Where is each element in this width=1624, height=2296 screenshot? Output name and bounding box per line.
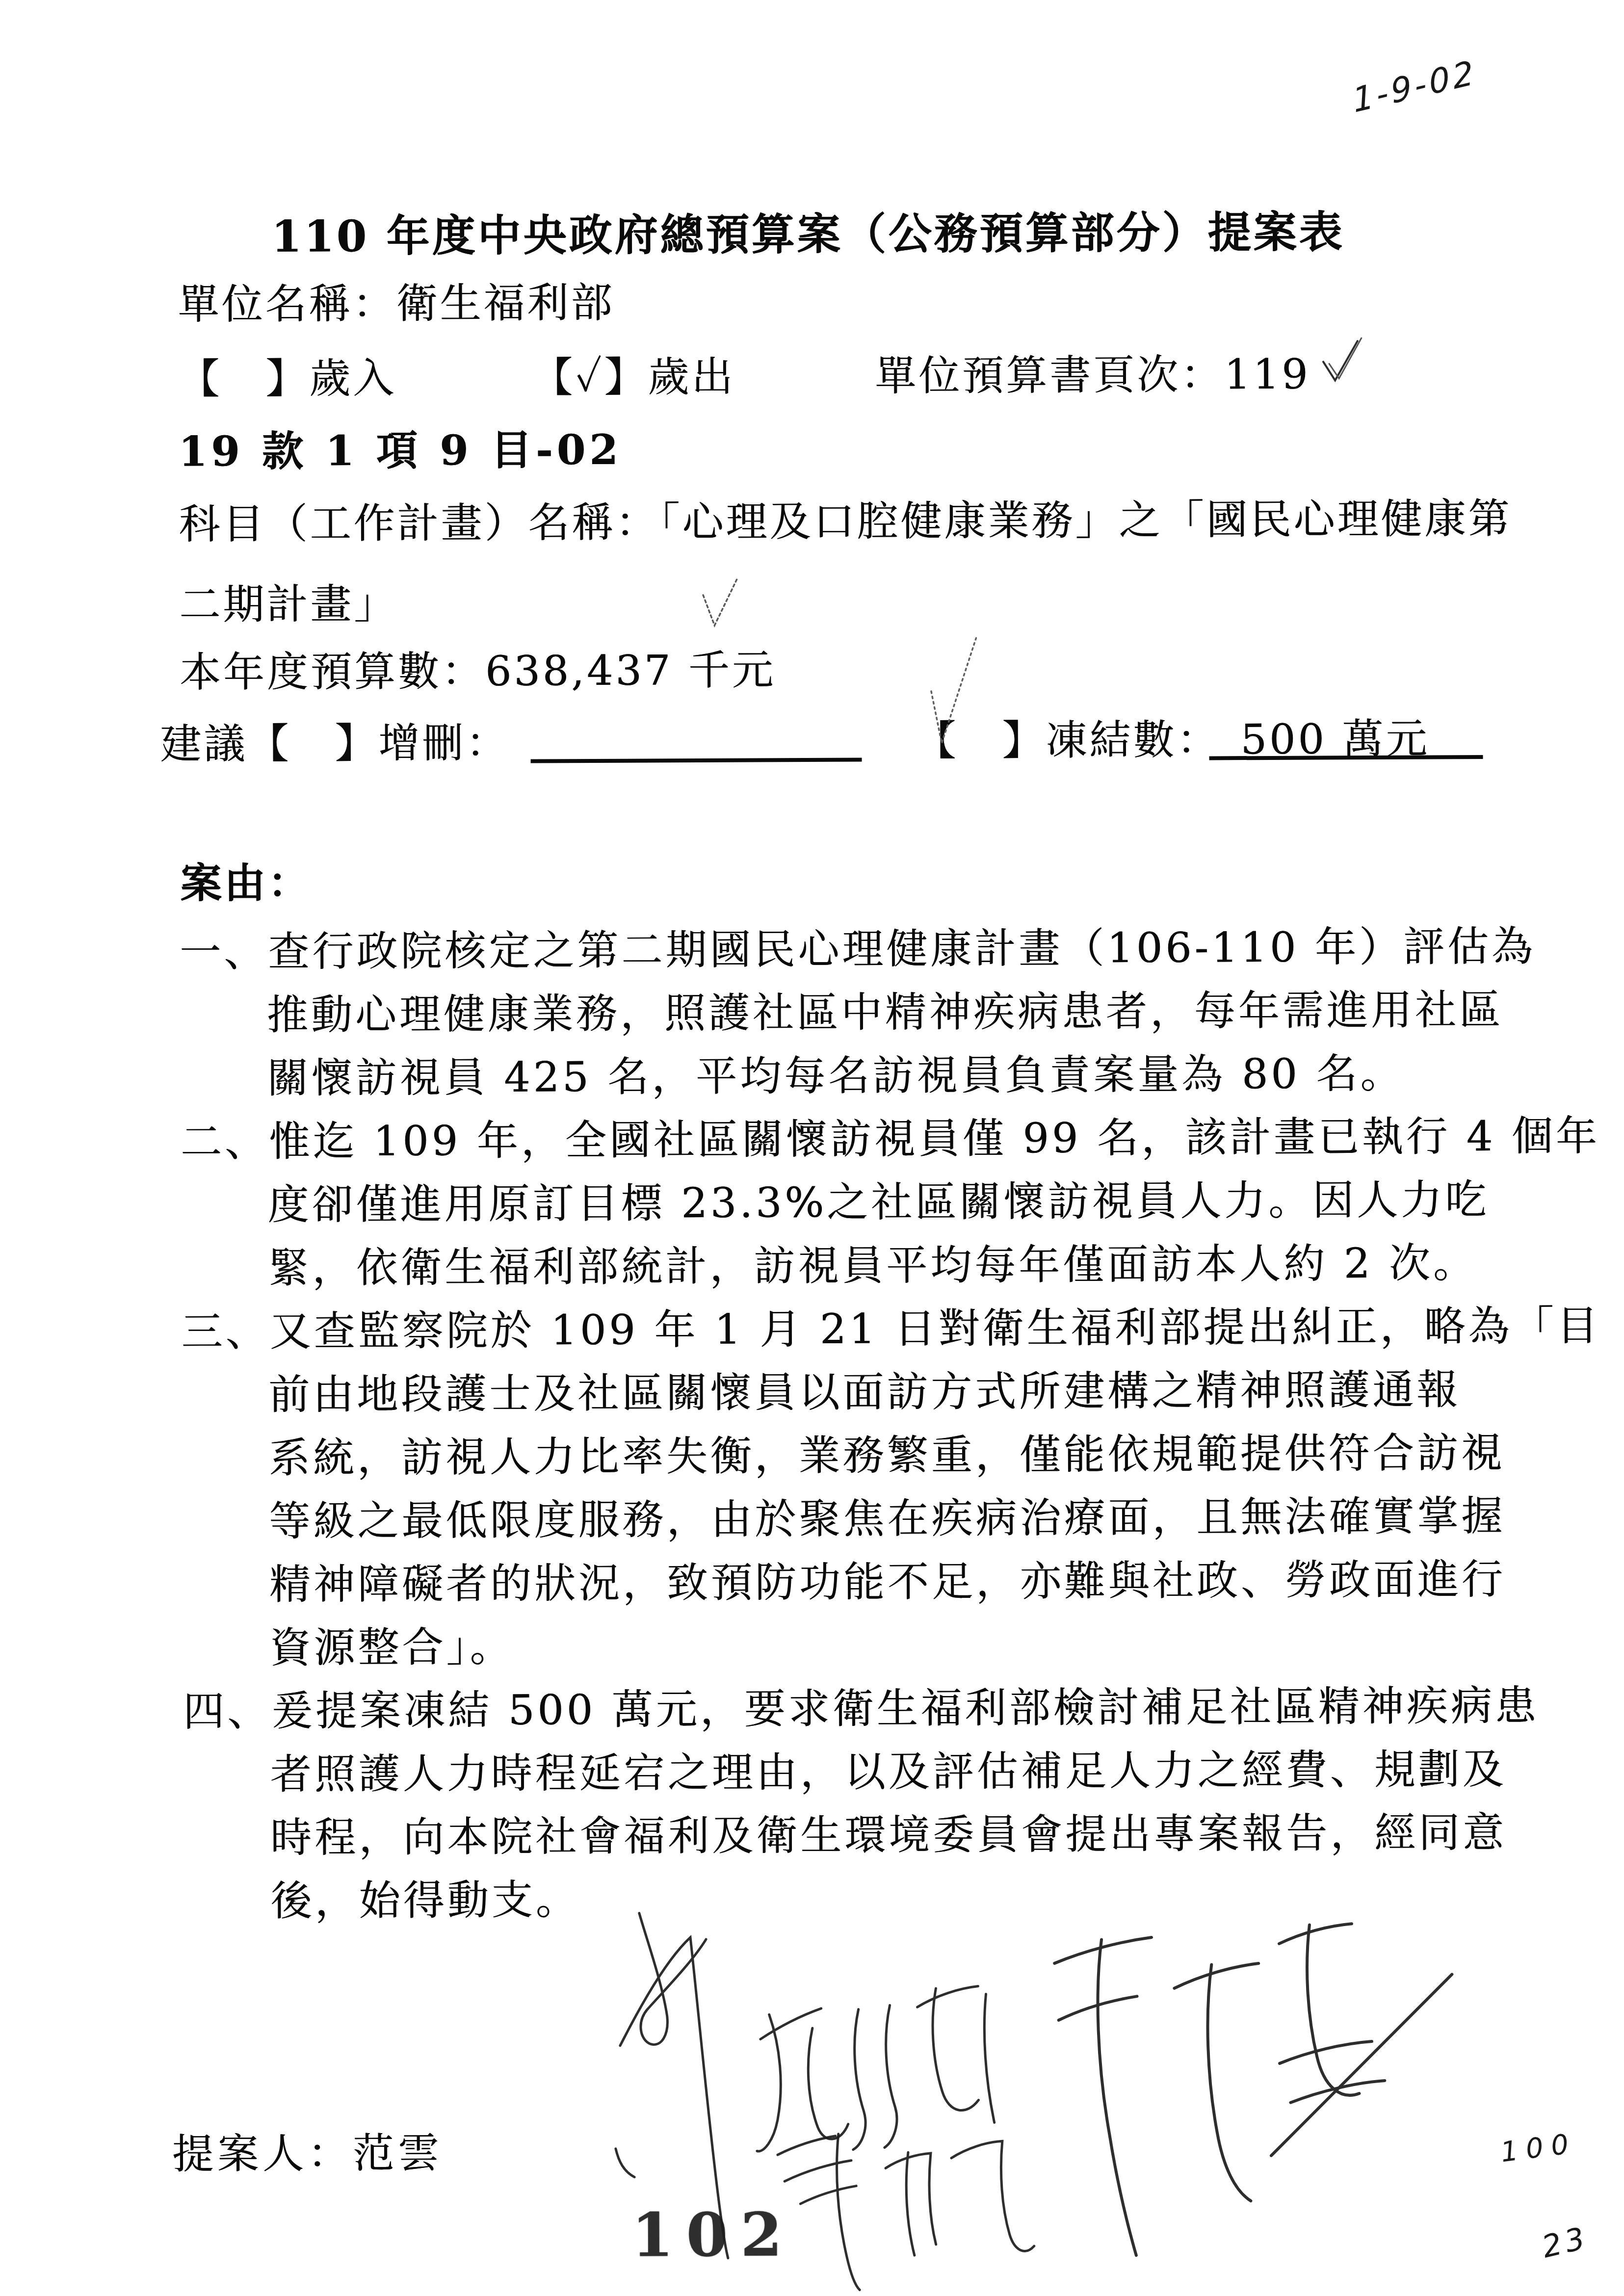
scan-content: 1-9-02 110 年度中央政府總預算案（公務預算部分）提案表 單位名稱：衛生… — [0, 0, 1624, 2296]
current-year-budget-line: 本年度預算數：638,437 千元 — [179, 637, 776, 699]
handwritten-note-23: 23 — [1539, 2219, 1592, 2265]
case-item-line: 等級之最低限度服務，由於聚焦在疾病治療面，且無法確實掌握 — [269, 1483, 1506, 1548]
proposer-line: 提案人：范雲 — [172, 2120, 444, 2180]
case-item-line: 緊，依衛生福利部統計，訪視員平均每年僅面訪本人約 2 次。 — [268, 1230, 1477, 1295]
handwritten-check-budget-icon — [703, 579, 737, 626]
handwritten-code-top-right: 1-9-02 — [1351, 53, 1479, 121]
item-text: 惟迄 109 年，全國社區關懷訪視員僅 99 名，該計畫已執行 4 個年 — [269, 1112, 1600, 1166]
case-item-line: 三、又查監察院於 109 年 1 月 21 日對衛生福利部提出糾正，略為「目 — [181, 1293, 1600, 1358]
item-number: 三、 — [181, 1307, 269, 1356]
item-number: 四、 — [183, 1687, 271, 1736]
revenue-checkbox: 【 】歲入 — [178, 345, 397, 406]
page-number: 102 — [631, 2199, 795, 2270]
signature-3-image — [778, 2133, 1034, 2290]
case-item-line: 精神障礙者的狀況，致預防功能不足，亦難與社政、勞政面進行 — [269, 1546, 1506, 1611]
signature-2-image — [756, 1986, 994, 2151]
case-item-line: 時程，向本院社會福利及衛生環境委員會提出專案報告，經同意 — [270, 1800, 1507, 1864]
budget-code-line: 19 款 1 項 9 目-02 — [179, 417, 622, 478]
handwritten-check-page-ref-icon — [1323, 338, 1362, 380]
case-item-line: 者照護人力時程延宕之理由，以及評估補足人力之經費、規劃及 — [270, 1736, 1507, 1801]
case-item-line: 系統，訪視人力比率失衡，業務繁重，僅能依規範提供符合訪視 — [268, 1420, 1505, 1485]
case-item-line: 一、查行政院核定之第二期國民心理健康計畫（106-110 年）評估為 — [180, 913, 1536, 979]
case-item-line: 前由地段護士及社區關懷員以面訪方式所建構之精神照護通報 — [268, 1357, 1461, 1421]
case-item-line: 二、惟迄 109 年，全國社區關懷訪視員僅 99 名，該計畫已執行 4 個年 — [181, 1103, 1600, 1169]
budget-book-page-ref: 單位預算書頁次：119 — [875, 341, 1310, 403]
subject-line-2: 二期計畫」 — [179, 571, 398, 631]
unit-name-line: 單位名稱：衛生福利部 — [178, 270, 615, 331]
case-heading: 案由： — [180, 850, 312, 910]
case-item-line: 後，始得動支。 — [270, 1867, 580, 1928]
case-item-line: 資源整合」。 — [269, 1614, 514, 1674]
expenditure-checkbox: 【✓】歲出 — [531, 344, 735, 404]
item-text: 又查監察院於 109 年 1 月 21 日對衛生福利部提出糾正，略為「目 — [269, 1302, 1600, 1356]
case-item-line: 關懷訪視員 425 名，平均每名訪視員負責案量為 80 名。 — [267, 1041, 1405, 1105]
case-item-line: 四、爰提案凍結 500 萬元，要求衛生福利部檢討補足社區精神疾病患 — [183, 1673, 1539, 1738]
handwritten-note-100: 100 — [1499, 2127, 1578, 2168]
item-number: 一、 — [180, 928, 268, 976]
scanned-budget-proposal-form: 1-9-02 110 年度中央政府總預算案（公務預算部分）提案表 單位名稱：衛生… — [0, 0, 1624, 2296]
freeze-checkbox-label: 【 】凍結數： — [915, 706, 1221, 767]
item-text: 爰提案凍結 500 萬元，要求衛生福利部檢討補足社區精神疾病患 — [271, 1682, 1539, 1735]
freeze-amount-underline — [1209, 755, 1483, 760]
form-title: 110 年度中央政府總預算案（公務預算部分）提案表 — [0, 197, 1620, 265]
item-text: 查行政院核定之第二期國民心理健康計畫（106-110 年）評估為 — [268, 922, 1536, 976]
subject-line-1: 科目（工作計畫）名稱：「心理及口腔健康業務」之「國民心理健康第 — [179, 486, 1512, 551]
case-item-line: 推動心理健康業務，照護社區中精神疾病患者，每年需進用社區 — [267, 977, 1504, 1042]
case-item-line: 度卻僅進用原訂目標 23.3%之社區關懷訪視員人力。因人力吃 — [267, 1167, 1489, 1231]
add-delete-blank-underline — [531, 758, 862, 763]
signature-4-image — [1054, 1923, 1453, 2256]
suggestion-add-delete-label: 建議【 】增刪： — [160, 710, 510, 771]
item-number: 二、 — [181, 1118, 269, 1166]
